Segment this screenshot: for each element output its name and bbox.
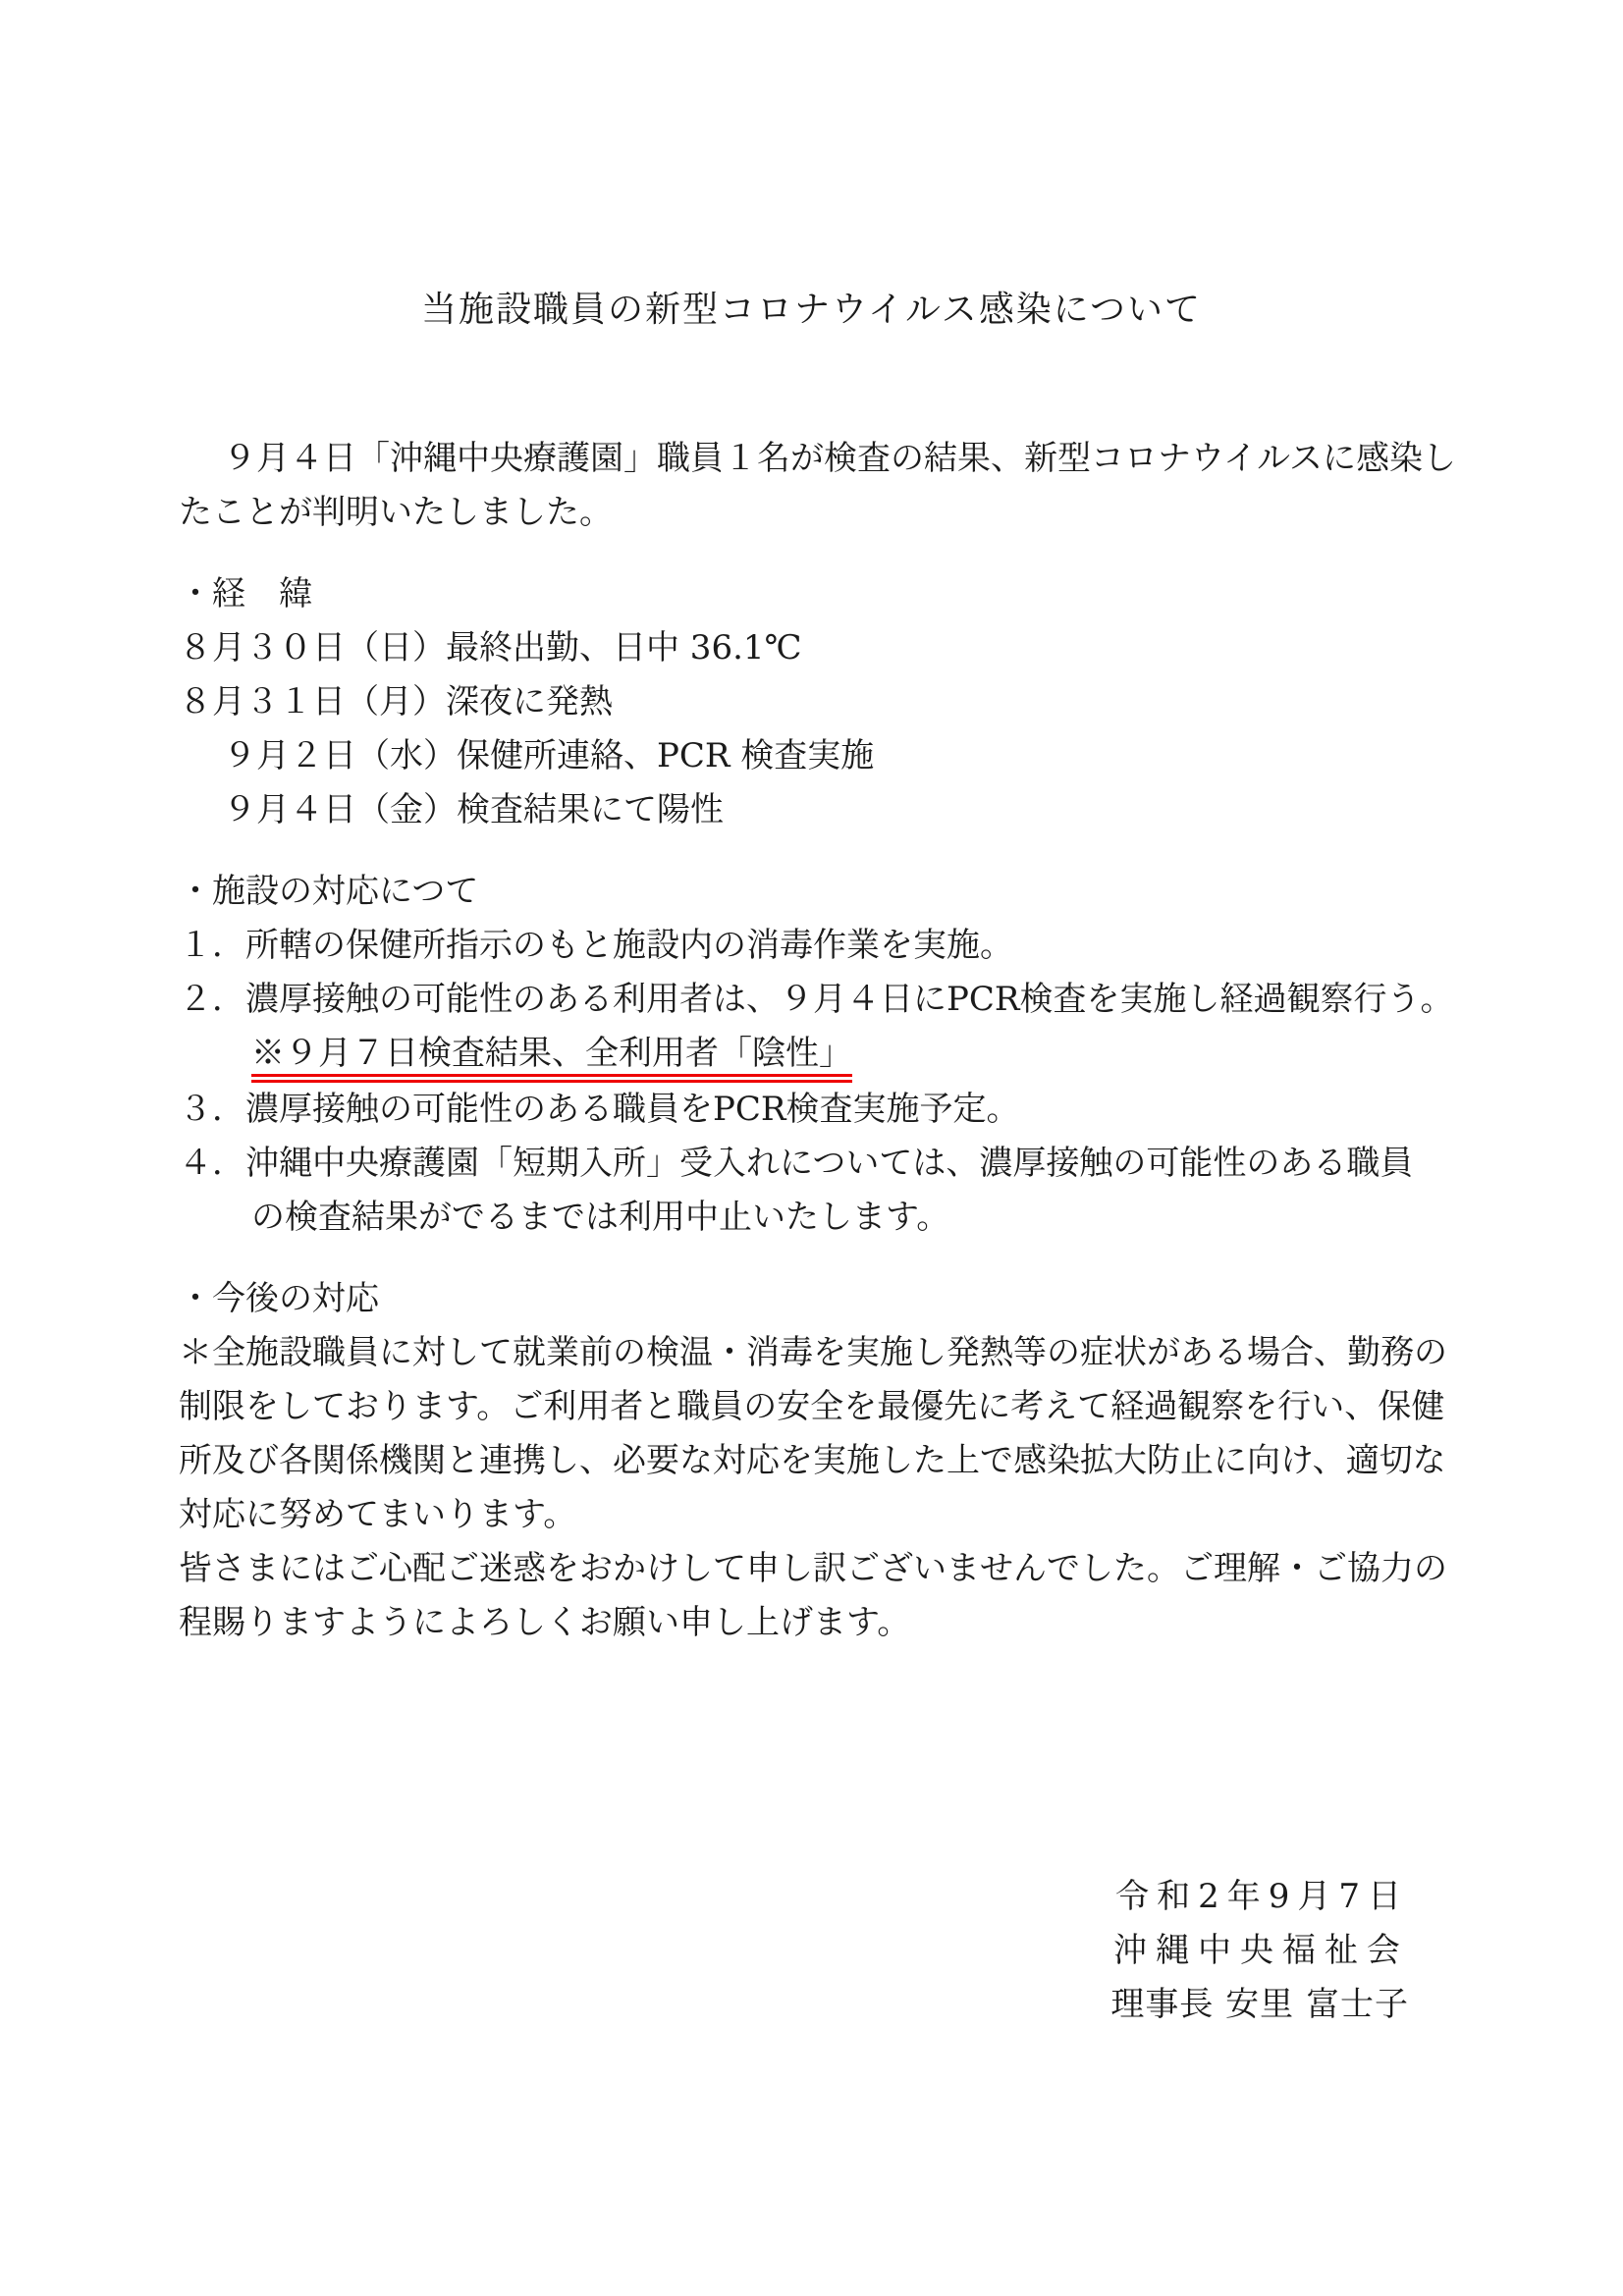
signature-date: 令和2年9月7日 [1110,1870,1409,1924]
negative-result-note: ※９月７日検査結果、全利用者「陰性」 [179,1027,1463,1083]
section-gap [179,540,1463,567]
response-item-3: ３．濃厚接触の可能性のある職員をPCR検査実施予定。 [179,1083,1463,1137]
future-line: 皆さまにはご心配ご迷惑をおかけして申し訳ございませんでした。ご理解・ご協力の [179,1542,1463,1596]
response-item-4-line-2: の検査結果がでるまでは利用中止いたします。 [179,1191,1463,1245]
negative-result-note-text: ※９月７日検査結果、全利用者「陰性」 [251,1034,852,1083]
history-item: ８月３０日（日）最終出勤、日中 36.1℃ [179,621,1463,675]
response-item-1: １．所轄の保健所指示のもと施設内の消毒作業を実施。 [179,919,1463,973]
future-line: 所及び各関係機関と連携し、必要な対応を実施した上で感染拡大防止に向け、適切な [179,1434,1463,1488]
future-line: 制限をしております。ご利用者と職員の安全を最優先に考えて経過観察を行い、保健 [179,1380,1463,1434]
future-heading: ・今後の対応 [179,1272,1463,1326]
section-gap [179,1245,1463,1272]
history-item: ８月３１日（月）深夜に発熱 [179,675,1463,729]
signature-block: 令和2年9月7日 沖縄中央福祉会 理事長 安里 富士子 [1110,1870,1409,2032]
future-line: 対応に努めてまいります。 [179,1488,1463,1542]
history-item: ９月２日（水）保健所連絡、PCR 検査実施 [179,729,1463,783]
response-heading: ・施設の対応につて [179,865,1463,919]
response-item-2: ２．濃厚接触の可能性のある利用者は、９月４日にPCR検査を実施し経過観察行う。 [179,973,1463,1027]
future-line: 程賜りますようによろしくお願い申し上げます。 [179,1596,1463,1650]
response-item-4-line-1: ４．沖縄中央療護園「短期入所」受入れについては、濃厚接触の可能性のある職員 [179,1137,1463,1191]
document-page: 当施設職員の新型コロナウイルス感染について ９月４日「沖縄中央療護園」職員１名が… [0,0,1623,2296]
history-item: ９月４日（金）検査結果にて陽性 [179,783,1463,837]
history-heading: ・経 緯 [179,567,1463,621]
page-title: 当施設職員の新型コロナウイルス感染について [0,287,1623,334]
signature-representative: 理事長 安里 富士子 [1110,1978,1409,2032]
intro-line-1: ９月４日「沖縄中央療護園」職員１名が検査の結果、新型コロナウイルスに感染し [179,432,1463,486]
signature-organization: 沖縄中央福祉会 [1110,1924,1409,1978]
future-line: ＊全施設職員に対して就業前の検温・消毒を実施し発熱等の症状がある場合、勤務の [179,1326,1463,1380]
section-gap [179,837,1463,865]
document-body: ９月４日「沖縄中央療護園」職員１名が検査の結果、新型コロナウイルスに感染し たこ… [179,432,1463,1650]
intro-line-2: たことが判明いたしました。 [179,486,1463,540]
